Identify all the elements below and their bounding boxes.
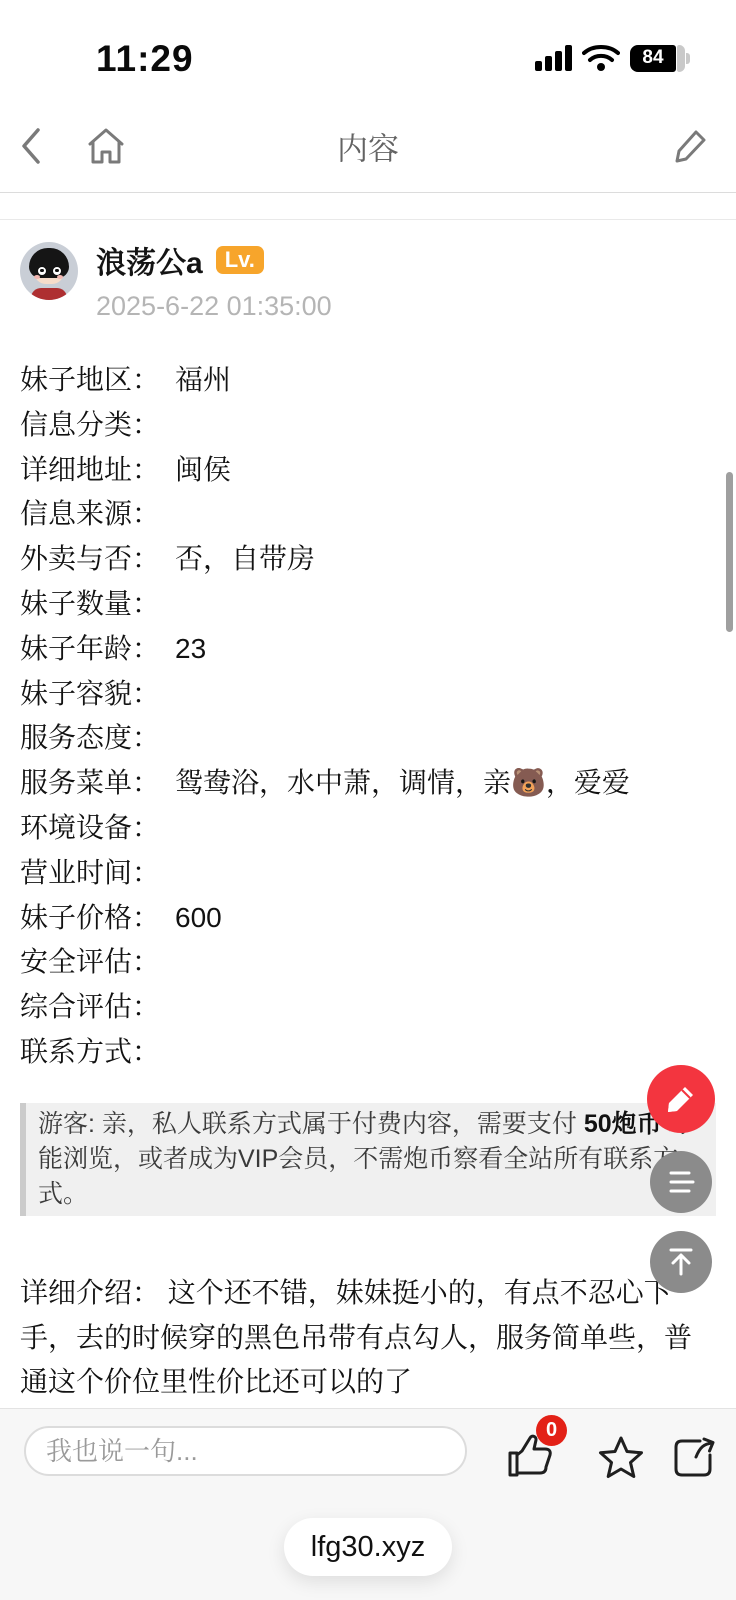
battery-percent: 84 <box>630 45 676 72</box>
field-label: 安全评估： <box>20 946 160 977</box>
battery-nub <box>686 53 690 64</box>
field-label: 外卖与否： <box>20 543 160 574</box>
comment-bar: 0 lfg30.xyz <box>0 1408 736 1600</box>
paywall-notice: 游客: 亲，私人联系方式属于付费内容，需要支付 50炮币 才能浏览，或者成为VI… <box>20 1103 716 1216</box>
scrollbar-thumb[interactable] <box>726 472 733 632</box>
field-value: 否，自带房 <box>175 543 315 574</box>
field-label: 详细地址： <box>20 454 160 485</box>
field-label: 信息来源： <box>20 498 160 529</box>
field-row: 妹子地区：福州 <box>20 358 716 403</box>
field-value: 600 <box>175 902 222 933</box>
field-value: 23 <box>175 633 206 664</box>
field-label: 信息分类： <box>20 409 160 440</box>
battery-empty-part <box>677 45 685 72</box>
avatar[interactable] <box>20 242 78 300</box>
author-username[interactable]: 浪荡公a <box>96 238 203 282</box>
field-row: 环境设备： <box>20 806 716 851</box>
field-row: 详细地址：闽侯 <box>20 448 716 493</box>
field-row: 信息分类： <box>20 403 716 448</box>
field-row: 妹子年龄：23 <box>20 627 716 672</box>
list-lines-icon <box>666 1169 696 1195</box>
list-fab-button[interactable] <box>650 1151 712 1213</box>
edit-pencil-icon[interactable] <box>674 128 708 164</box>
field-row: 安全评估： <box>20 940 716 985</box>
post-datetime: 2025-6-22 01:35:00 <box>96 291 332 322</box>
author-info: 浪荡公a Lv. 2025-6-22 01:35:00 <box>96 236 332 322</box>
field-label: 妹子地区： <box>20 364 160 395</box>
field-row: 妹子容貌： <box>20 672 716 717</box>
field-row: 服务态度： <box>20 716 716 761</box>
field-row: 服务菜单：鸳鸯浴，水中萧，调情，亲🐻，爱爱 <box>20 761 716 806</box>
field-label: 综合评估： <box>20 991 160 1022</box>
author-row: 浪荡公a Lv. 2025-6-22 01:35:00 <box>20 236 716 322</box>
wifi-icon <box>582 44 620 72</box>
field-label: 妹子价格： <box>20 902 160 933</box>
field-row: 营业时间： <box>20 851 716 896</box>
field-label: 环境设备： <box>20 812 160 843</box>
phone-screen: 11:29 84 内容 <box>0 0 736 1600</box>
field-label: 营业时间： <box>20 857 160 888</box>
field-value: 鸳鸯浴，水中萧，调情，亲🐻，爱爱 <box>175 767 630 798</box>
battery-icon: 84 <box>630 45 690 72</box>
comment-input[interactable] <box>24 1426 467 1476</box>
status-bar: 11:29 84 <box>0 0 736 100</box>
share-button[interactable] <box>672 1435 716 1482</box>
field-label: 妹子数量： <box>20 588 160 619</box>
post-fields: 妹子地区：福州信息分类：详细地址：闽侯信息来源：外卖与否：否，自带房妹子数量：妹… <box>20 358 716 1075</box>
cellular-signal-icon <box>535 45 572 71</box>
nav-bar: 内容 <box>0 100 736 193</box>
status-icons: 84 <box>535 44 690 72</box>
field-label: 服务菜单： <box>20 767 160 798</box>
like-count-badge: 0 <box>536 1415 567 1446</box>
field-row: 外卖与否：否，自带房 <box>20 537 716 582</box>
field-value: 闽侯 <box>175 454 231 485</box>
post-content: 浪荡公a Lv. 2025-6-22 01:35:00 妹子地区：福州信息分类：… <box>0 219 736 1408</box>
pencil-icon <box>665 1083 697 1115</box>
field-row: 妹子数量： <box>20 582 716 627</box>
site-url-pill[interactable]: lfg30.xyz <box>284 1518 452 1576</box>
field-label: 联系方式： <box>20 1036 160 1067</box>
field-row: 信息来源： <box>20 492 716 537</box>
field-row: 联系方式： <box>20 1030 716 1075</box>
field-row: 妹子价格：600 <box>20 896 716 941</box>
favorite-star-button[interactable] <box>598 1435 644 1482</box>
detail-intro: 详细介绍： 这个还不错，妹妹挺小的，有点不忍心下手，去的时候穿的黑色吊带有点勾人… <box>20 1271 716 1405</box>
field-label: 服务态度： <box>20 722 160 753</box>
paywall-text-prefix: 游客: 亲，私人联系方式属于付费内容，需要支付 <box>38 1110 584 1138</box>
arrow-up-to-top-icon <box>667 1247 695 1277</box>
share-box-arrow-icon <box>672 1435 716 1479</box>
detail-label: 详细介绍： <box>20 1277 160 1308</box>
compose-fab-button[interactable] <box>647 1065 715 1133</box>
field-value: 福州 <box>175 364 231 395</box>
field-label: 妹子容貌： <box>20 678 160 709</box>
site-url: lfg30.xyz <box>311 1531 425 1564</box>
back-to-top-fab-button[interactable] <box>650 1231 712 1293</box>
level-badge: Lv. <box>216 246 264 274</box>
field-row: 综合评估： <box>20 985 716 1030</box>
star-icon <box>598 1435 644 1479</box>
field-label: 妹子年龄： <box>20 633 160 664</box>
status-time: 11:29 <box>96 38 194 80</box>
page-title: 内容 <box>0 124 736 169</box>
